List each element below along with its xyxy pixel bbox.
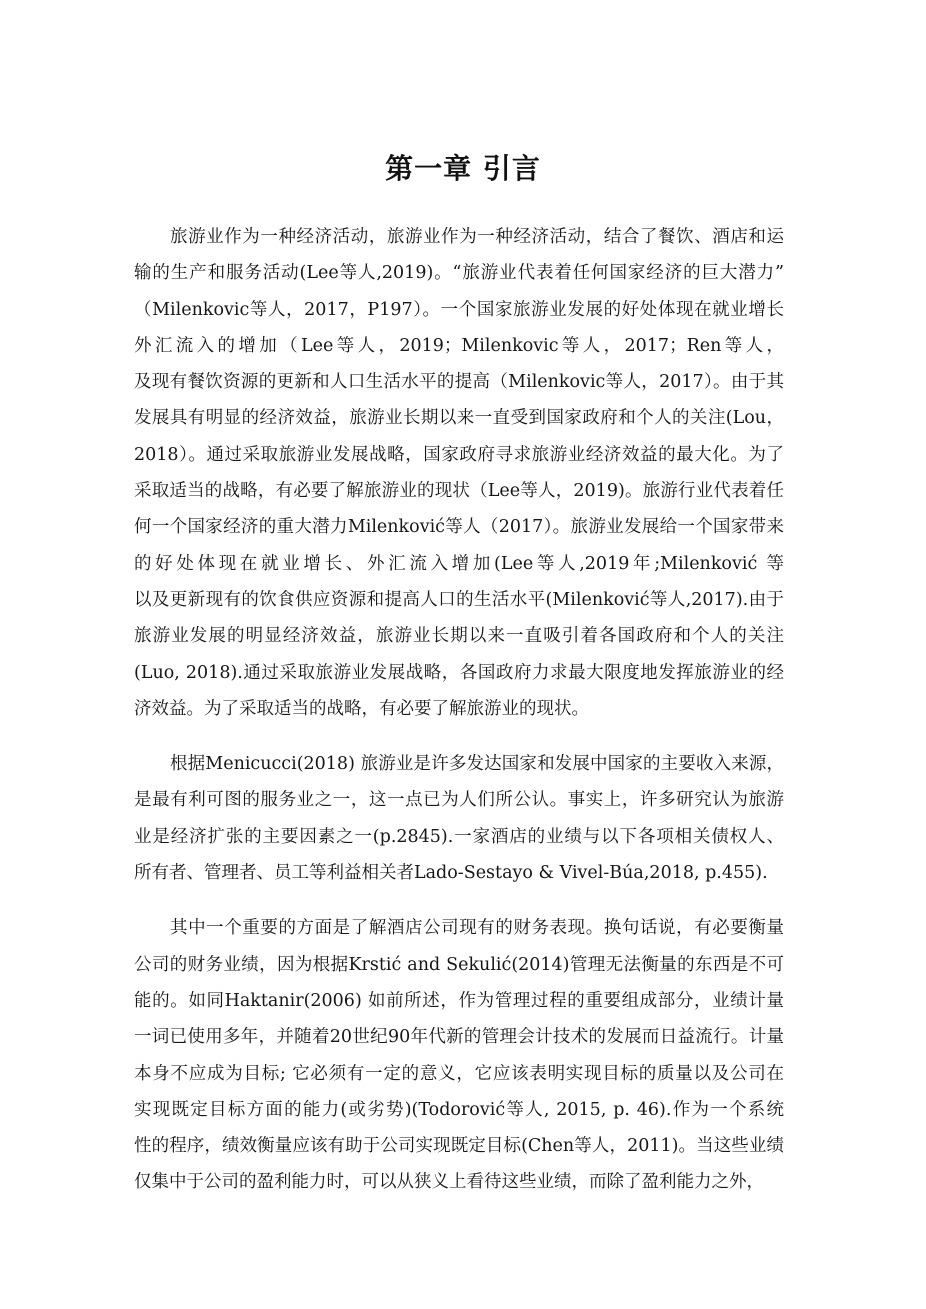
text-line: 旅游业作为一种经济活动，旅游业作为一种经济活动，结合了餐饮、酒店和运 <box>134 219 784 255</box>
text-line: 发展具有明显的经济效益，旅游业长期以来一直受到国家政府和个人的关注(Lou， <box>134 400 784 436</box>
text-line: 济效益。为了采取适当的战略，有必要了解旅游业的现状。 <box>134 691 784 727</box>
text-line: 实现既定目标方面的能力(或劣势)(Todorović等人, 2015, p. 4… <box>134 1092 784 1128</box>
text-line: 仅集中于公司的盈利能力时，可以从狭义上看待这些业绩，而除了盈利能力之外， <box>134 1164 784 1200</box>
paragraph: 根据Menicucci(2018) 旅游业是许多发达国家和发展中国家的主要收入来… <box>134 746 784 891</box>
text-line: 本身不应成为目标; 它必须有一定的意义，它应该表明实现目标的质量以及公司在 <box>134 1056 784 1092</box>
text-line: 外汇流入的增加（Lee等人，2019；Milenkovic等人，2017；Ren… <box>134 328 784 364</box>
text-line: 以及更新现有的饮食供应资源和提高人口的生活水平(Milenković等人,201… <box>134 582 784 618</box>
text-line: （Milenkovic等人，2017，P197）。一个国家旅游业发展的好处体现在… <box>134 292 784 328</box>
text-line: 业是经济扩张的主要因素之一(p.2845).一家酒店的业绩与以下各项相关债权人、 <box>134 819 784 855</box>
text-line: 输的生产和服务活动(Lee等人,2019)。“旅游业代表着任何国家经济的巨大潜力… <box>134 255 784 291</box>
text-line: 2018）。通过采取旅游业发展战略，国家政府寻求旅游业经济效益的最大化。为了 <box>134 437 784 473</box>
text-line: 采取适当的战略，有必要了解旅游业的现状（Lee等人，2019)。旅游行业代表着任 <box>134 473 784 509</box>
chapter-title: 第一章 引言 <box>0 148 926 190</box>
text-line: 及现有餐饮资源的更新和人口生活水平的提高（Milenkovic等人，2017）。… <box>134 364 784 400</box>
text-line: 旅游业发展的明显经济效益，旅游业长期以来一直吸引着各国政府和个人的关注 <box>134 618 784 654</box>
text-line: 所有者、管理者、员工等利益相关者Lado-Sestayo & Vivel-Búa… <box>134 855 784 891</box>
paragraph: 旅游业作为一种经济活动，旅游业作为一种经济活动，结合了餐饮、酒店和运输的生产和服… <box>134 219 784 727</box>
text-line: 公司的财务业绩，因为根据Krstić and Sekulić(2014)管理无法… <box>134 947 784 983</box>
text-line: 一词已使用多年，并随着20世纪90年代新的管理会计技术的发展而日益流行。计量 <box>134 1019 784 1055</box>
text-line: 其中一个重要的方面是了解酒店公司现有的财务表现。换句话说，有必要衡量 <box>134 910 784 946</box>
text-line: 的好处体现在就业增长、外汇流入增加(Lee等人,2019年;Milenković… <box>134 546 784 582</box>
paragraph: 其中一个重要的方面是了解酒店公司现有的财务表现。换句话说，有必要衡量公司的财务业… <box>134 910 784 1200</box>
document-body: 旅游业作为一种经济活动，旅游业作为一种经济活动，结合了餐饮、酒店和运输的生产和服… <box>134 219 784 1220</box>
text-line: 何一个国家经济的重大潜力Milenković等人（2017）。旅游业发展给一个国… <box>134 509 784 545</box>
text-line: 是最有利可图的服务业之一，这一点已为人们所公认。事实上，许多研究认为旅游 <box>134 782 784 818</box>
text-line: 根据Menicucci(2018) 旅游业是许多发达国家和发展中国家的主要收入来… <box>134 746 784 782</box>
text-line: 能的。如同Haktanir(2006) 如前所述，作为管理过程的重要组成部分，业… <box>134 983 784 1019</box>
document-page: 第一章 引言 旅游业作为一种经济活动，旅游业作为一种经济活动，结合了餐饮、酒店和… <box>0 0 926 1309</box>
text-line: 性的程序，绩效衡量应该有助于公司实现既定目标(Chen等人，2011)。当这些业… <box>134 1128 784 1164</box>
text-line: (Luo, 2018).通过采取旅游业发展战略，各国政府力求最大限度地发挥旅游业… <box>134 655 784 691</box>
